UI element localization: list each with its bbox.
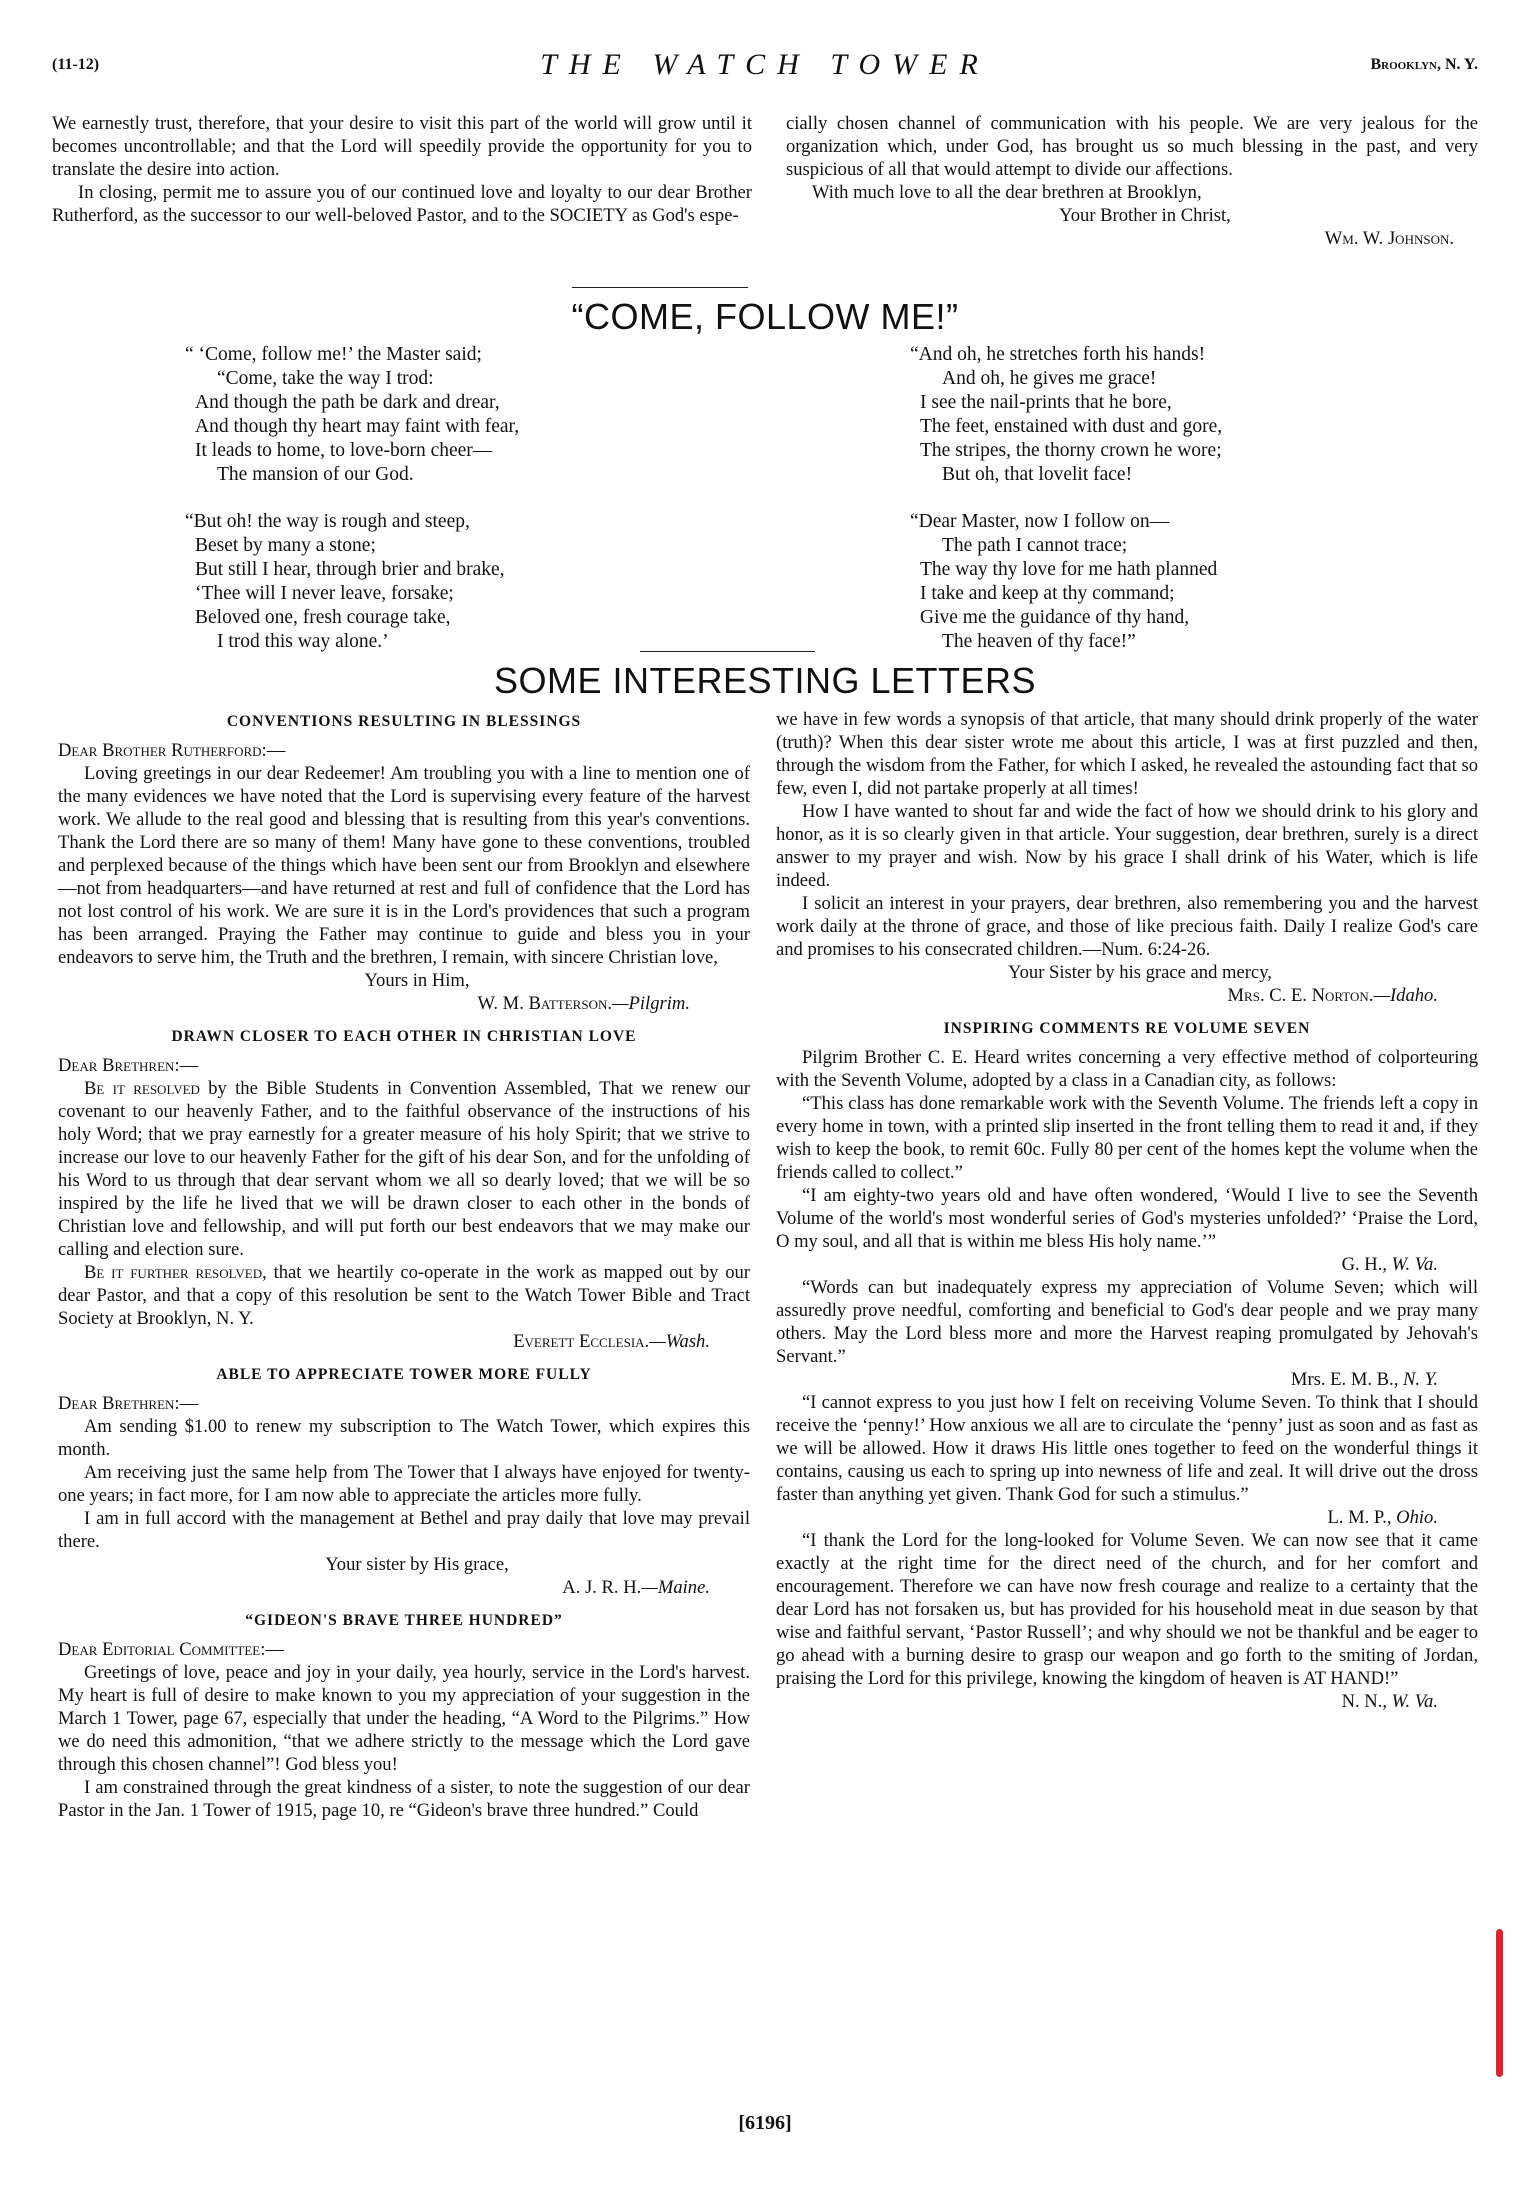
letter-paragraph: we have in few words a synopsis of that … [776, 708, 1478, 800]
intro-left-column: We earnestly trust, therefore, that your… [52, 112, 752, 227]
comment-signature: G. H., W. Va. [776, 1253, 1478, 1276]
comment-signature: N. N., W. Va. [776, 1690, 1478, 1713]
letter-paragraph: Greetings of love, peace and joy in your… [58, 1661, 750, 1776]
letter-paragraph: “This class has done remarkable work wit… [776, 1092, 1478, 1184]
poem-line: The way thy love for me hath planned [910, 558, 1470, 582]
signature-name: A. J. R. H. [562, 1577, 641, 1598]
poem-line: The feet, enstained with dust and gore, [910, 415, 1470, 439]
letter-closing: Your Sister by his grace and mercy, [776, 961, 1478, 984]
poem-stanza: “ ‘Come, follow me!’ the Master said;“Co… [185, 343, 745, 487]
signature-place: —Maine. [641, 1577, 710, 1598]
letter-paragraph: I solicit an interest in your prayers, d… [776, 892, 1478, 961]
page-header: (11-12) THE WATCH TOWER Brooklyn, N. Y. [52, 48, 1478, 88]
poem-line: “Dear Master, now I follow on— [910, 510, 1470, 534]
letter-paragraph: Be it resolved by the Bible Students in … [58, 1077, 750, 1261]
letter-heading: ABLE TO APPRECIATE TOWER MORE FULLY [58, 1363, 750, 1386]
letter-paragraph: Am sending $1.00 to renew my subscriptio… [58, 1415, 750, 1461]
poem-line: “And oh, he stretches forth his hands! [910, 343, 1470, 367]
signature-name: W. M. Batterson. [478, 993, 612, 1014]
resolution-lead: Be it resolved [84, 1078, 200, 1099]
poem-line: ‘Thee will I never leave, forsake; [185, 582, 745, 606]
poem-line: And though thy heart may faint with fear… [185, 415, 745, 439]
publication-title: THE WATCH TOWER [52, 48, 1478, 82]
letter-signature: Everett Ecclesia.—Wash. [58, 1330, 750, 1353]
poem-line: But still I hear, through brier and brak… [185, 558, 745, 582]
signature-name: Everett Ecclesia. [513, 1331, 649, 1352]
reader-comment: “I cannot express to you just how I felt… [776, 1391, 1478, 1506]
poem-line: And oh, he gives me grace! [910, 367, 1470, 391]
divider-rule [572, 287, 748, 288]
letter-heading: INSPIRING COMMENTS RE VOLUME SEVEN [776, 1017, 1478, 1040]
poem-line: The mansion of our God. [185, 463, 745, 487]
comment-signature: Mrs. E. M. B., N. Y. [776, 1368, 1478, 1391]
volume-seven-comments: “I am eighty-two years old and have ofte… [776, 1184, 1478, 1713]
letters-right-column: we have in few words a synopsis of that … [776, 708, 1478, 1713]
highlight-annotation-mark [1496, 1929, 1503, 2077]
resolution-lead: Be it further resolved [84, 1262, 262, 1283]
intro-right-column: cially chosen channel of communication w… [786, 112, 1478, 250]
poem-stanza: “But oh! the way is rough and steep,Bese… [185, 510, 745, 654]
poem-line: Beset by many a stone; [185, 534, 745, 558]
letter-signature: W. M. Batterson.—Pilgrim. [58, 992, 750, 1015]
letter-closing: Your sister by His grace, [58, 1553, 750, 1576]
letters-title: SOME INTERESTING LETTERS [0, 660, 1530, 702]
poem-line: Beloved one, fresh courage take, [185, 606, 745, 630]
poem-stanza: “And oh, he stretches forth his hands!An… [910, 343, 1470, 487]
poem-right-column: “And oh, he stretches forth his hands!An… [910, 343, 1470, 677]
poem-line: “But oh! the way is rough and steep, [185, 510, 745, 534]
letter-paragraph: Am receiving just the same help from The… [58, 1461, 750, 1507]
letter-paragraph: How I have wanted to shout far and wide … [776, 800, 1478, 892]
letter-paragraph: Be it further resolved, that we heartily… [58, 1261, 750, 1330]
reader-comment: “Words can but inadequately express my a… [776, 1276, 1478, 1368]
comment-signature: L. M. P., Ohio. [776, 1506, 1478, 1529]
resolution-text: by the Bible Students in Convention Asse… [58, 1078, 750, 1260]
letter-heading: “GIDEON'S BRAVE THREE HUNDRED” [58, 1609, 750, 1632]
poem-line: The path I cannot trace; [910, 534, 1470, 558]
poem-line: I see the nail-prints that he bore, [910, 391, 1470, 415]
intro-paragraph: cially chosen channel of communication w… [786, 112, 1478, 181]
intro-paragraph: With much love to all the dear brethren … [786, 181, 1478, 204]
letter-heading: DRAWN CLOSER TO EACH OTHER IN CHRISTIAN … [58, 1025, 750, 1048]
letters-left-column: CONVENTIONS RESULTING IN BLESSINGS Dear … [58, 708, 750, 1822]
page-number: [6196] [0, 2112, 1530, 2135]
document-page: (11-12) THE WATCH TOWER Brooklyn, N. Y. … [0, 0, 1530, 2197]
letter-signature: Wm. W. Johnson. [786, 227, 1478, 250]
poem-line: But oh, that lovelit face! [910, 463, 1470, 487]
letter-salutation: Dear Brother Rutherford:— [58, 739, 750, 762]
letter-salutation: Dear Editorial Committee:— [58, 1638, 750, 1661]
letter-signature: Mrs. C. E. Norton.—Idaho. [776, 984, 1478, 1007]
signature-name: Mrs. C. E. Norton. [1228, 985, 1374, 1006]
letter-salutation: Dear Brethren:— [58, 1392, 750, 1415]
letter-paragraph: Loving greetings in our dear Redeemer! A… [58, 762, 750, 969]
poem-line: The stripes, the thorny crown he wore; [910, 439, 1470, 463]
letter-closing: Your Brother in Christ, [786, 204, 1478, 227]
poem-stanza: “Dear Master, now I follow on—The path I… [910, 510, 1470, 654]
poem-line: It leads to home, to love-born cheer— [185, 439, 745, 463]
poem-line: “Come, take the way I trod: [185, 367, 745, 391]
reader-comment: “I thank the Lord for the long-looked fo… [776, 1529, 1478, 1690]
letter-paragraph: Pilgrim Brother C. E. Heard writes conce… [776, 1046, 1478, 1092]
signature-place: —Pilgrim. [612, 993, 690, 1014]
reader-comment: “I am eighty-two years old and have ofte… [776, 1184, 1478, 1253]
divider-rule [640, 651, 815, 652]
letter-salutation: Dear Brethren:— [58, 1054, 750, 1077]
poem-title: “COME, FOLLOW ME!” [0, 296, 1530, 338]
poem-line: The heaven of thy face!” [910, 630, 1470, 654]
letter-signature: A. J. R. H.—Maine. [58, 1576, 750, 1599]
poem-line: “ ‘Come, follow me!’ the Master said; [185, 343, 745, 367]
intro-paragraph: In closing, permit me to assure you of o… [52, 181, 752, 227]
letter-paragraph: I am constrained through the great kindn… [58, 1776, 750, 1822]
letter-closing: Yours in Him, [58, 969, 750, 992]
poem-line: Give me the guidance of thy hand, [910, 606, 1470, 630]
letter-heading: CONVENTIONS RESULTING IN BLESSINGS [58, 710, 750, 733]
publication-location: Brooklyn, N. Y. [1370, 56, 1478, 74]
letter-paragraph: I am in full accord with the management … [58, 1507, 750, 1553]
intro-paragraph: We earnestly trust, therefore, that your… [52, 112, 752, 181]
poem-line: I take and keep at thy command; [910, 582, 1470, 606]
poem-line: And though the path be dark and drear, [185, 391, 745, 415]
signature-place: —Wash. [649, 1331, 710, 1352]
poem-left-column: “ ‘Come, follow me!’ the Master said;“Co… [185, 343, 745, 677]
signature-place: —Idaho. [1373, 985, 1438, 1006]
